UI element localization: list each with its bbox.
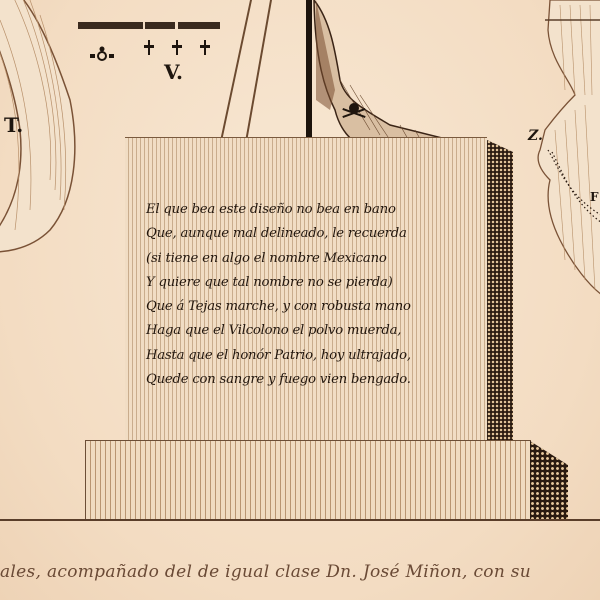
poem-line: Quede con sangre y fuego vien bengado. <box>146 368 486 392</box>
poem-line: Que á Tejas marche, y con robusta mano <box>146 295 486 319</box>
caption-text: ales, acompañado del de igual clase Dn. … <box>0 562 600 582</box>
poem-line: Que, aunque mal delineado, le recuerda <box>146 222 486 246</box>
map-label-v: V. <box>164 60 183 84</box>
poem-line: El que bea este diseño no bea en bano <box>146 198 486 222</box>
ground-line <box>0 519 600 521</box>
poem-line: Y quiere que tal nombre no se pierda) <box>146 271 486 295</box>
poem-line: Haga que el Vilcolono el polvo muerda, <box>146 319 486 343</box>
map-label-z: Z. <box>528 128 543 144</box>
monument-inscription: El que bea este diseño no bea en bano Qu… <box>146 198 486 392</box>
fleet-symbols <box>78 18 228 68</box>
poem-line: (si tiene en algo el nombre Mexicano <box>146 247 486 271</box>
map-label-f: F <box>590 190 599 204</box>
poem-line: Hasta que el honór Patrio, hoy ultrajado… <box>146 344 486 368</box>
pedestal-shadow-side <box>487 140 513 442</box>
map-label-t: T. <box>4 113 23 137</box>
land-mass-right <box>530 0 600 300</box>
monument-base <box>85 440 531 520</box>
